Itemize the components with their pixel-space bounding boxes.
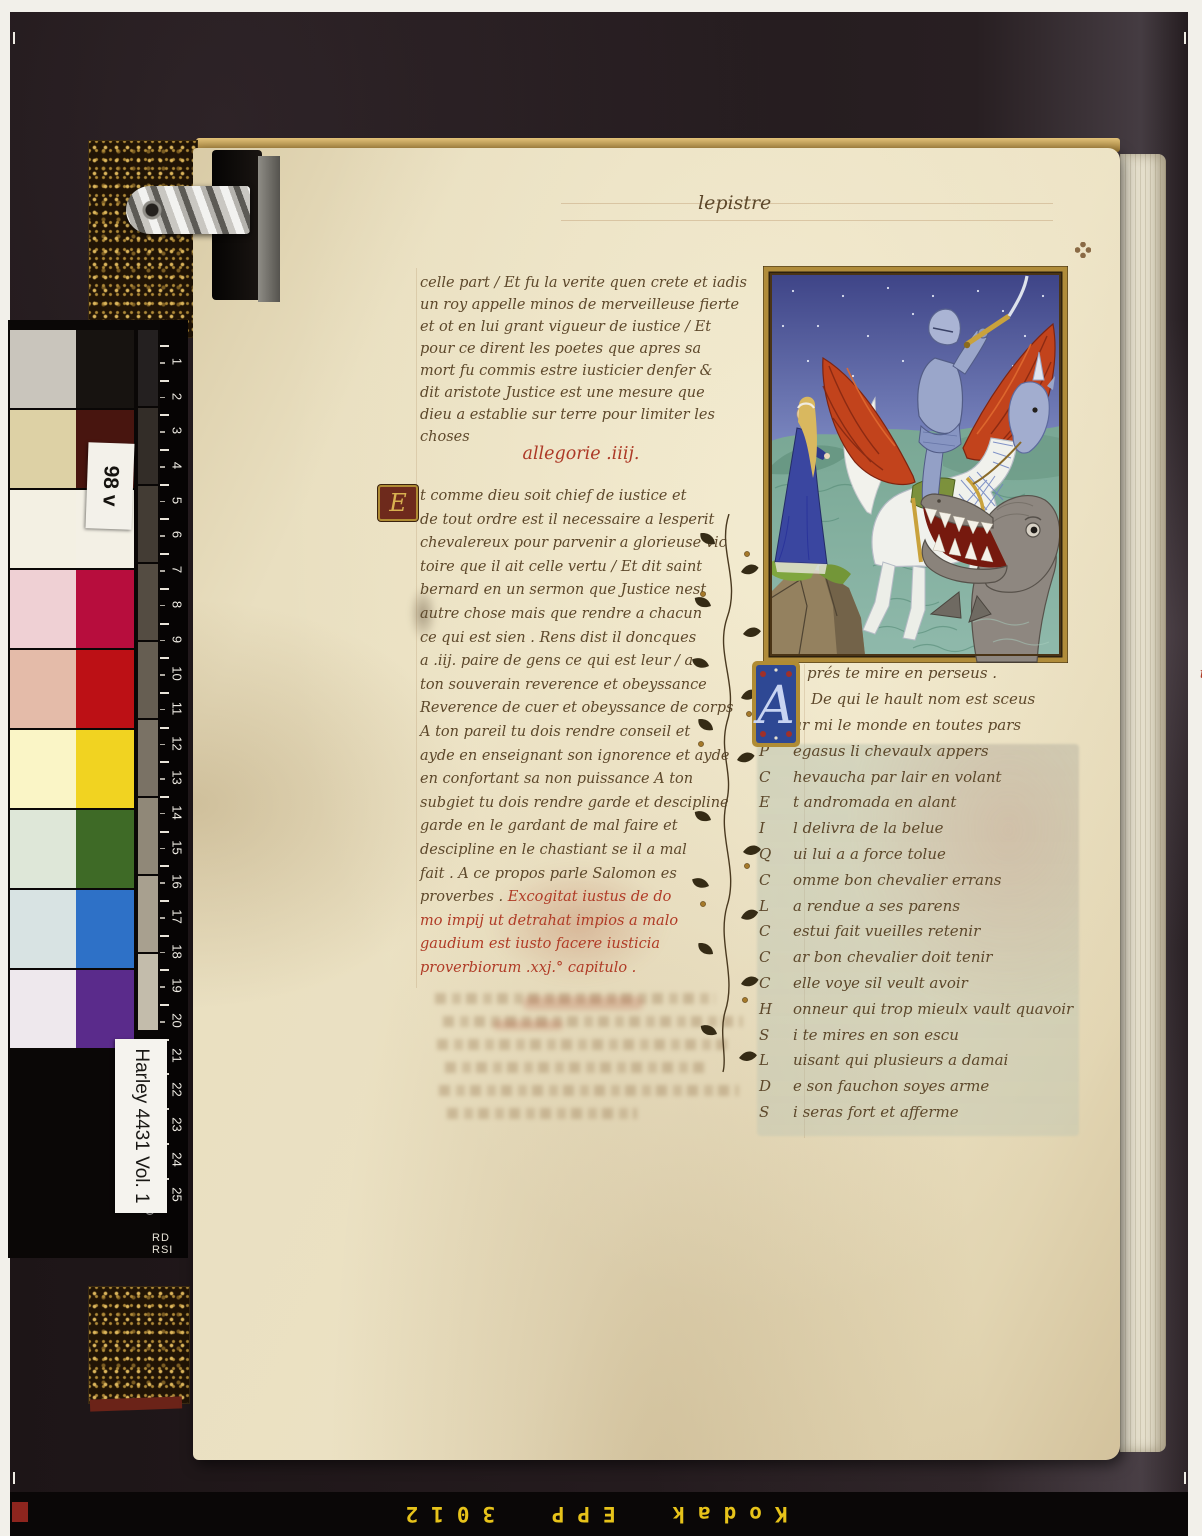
ruler-cell: 13: [160, 762, 188, 797]
color-patch-dark: [76, 970, 134, 1048]
text-line: dit aristote Justice est une mesure que: [420, 382, 742, 404]
initial-letter: A: [753, 676, 795, 736]
verse-line: Luisant qui plusieurs a damai: [759, 1051, 1073, 1077]
verse-line: Comme bon chevalier errans: [759, 871, 1073, 897]
ruler-number: 20: [170, 1012, 185, 1030]
metal-clamp: [126, 186, 250, 234]
color-patch-light: [10, 410, 76, 488]
ruler-number: 5: [170, 491, 185, 509]
ruling-line: [561, 220, 1053, 221]
ruler-number: 14: [170, 803, 185, 821]
text-line: et ot en lui grant vigueur de iustice / …: [420, 316, 742, 338]
grayscale-step: [138, 642, 158, 720]
ruling-line: [561, 203, 1053, 204]
show-through-rubric: [523, 996, 643, 1010]
registration-tick: [13, 1472, 15, 1484]
ruler-cell: 14: [160, 797, 188, 832]
film-edge-mark: [12, 1502, 28, 1522]
vine-leaves: [691, 530, 762, 1063]
grayscale-step: [138, 408, 158, 486]
grayscale-step: [138, 798, 158, 876]
grayscale-step: [138, 486, 158, 564]
color-patch-light: [10, 650, 76, 728]
ruler-cell: 15: [160, 832, 188, 867]
miniature-perseus-and-andromeda: [763, 266, 1068, 663]
color-calibration-bar: 1 2 3 4 5 6 7: [8, 320, 188, 1258]
ruler-number: 1: [170, 353, 185, 371]
color-patch-row: [10, 570, 134, 650]
manuscript-photograph: lepistre celle part / Et fu la verite qu…: [0, 0, 1202, 1536]
text-line: dieu a establie sur terre pour limiter l…: [420, 404, 742, 426]
verse-line: La rendue a ses parens: [759, 897, 1073, 923]
show-through-rubric: [493, 1020, 563, 1030]
color-patch-dark: [76, 650, 134, 728]
color-patches: [10, 330, 134, 1050]
ruler-number: 16: [170, 873, 185, 891]
grayscale-step: [138, 720, 158, 798]
ruler-number: 11: [170, 699, 185, 717]
manuscript-page: lepistre celle part / Et fu la verite qu…: [193, 148, 1120, 1460]
ruler-cell: 19: [160, 970, 188, 1005]
color-patch-row: [10, 730, 134, 810]
show-through-text: [445, 1062, 710, 1073]
ruler-number: 2: [170, 387, 185, 405]
ruler-cell: 10: [160, 658, 188, 693]
color-patch-row: [10, 890, 134, 970]
registration-tick: [13, 32, 15, 44]
page-holder-bar: [258, 156, 280, 302]
gold-tooled-binding-top: [88, 140, 198, 338]
verse-line: Car bon chevalier doit tenir: [759, 948, 1073, 974]
color-patch-light: [10, 810, 76, 888]
color-patch-light: [10, 330, 76, 408]
ruler-number: 9: [170, 630, 185, 648]
color-patch-row: [10, 970, 134, 1050]
ruler-cell: 7: [160, 554, 188, 589]
ruler-number: 3: [170, 422, 185, 440]
ruler-number: 19: [170, 977, 185, 995]
ruler-number: 21: [170, 1046, 185, 1064]
ruler-number: 23: [170, 1116, 185, 1134]
ruler-number: 12: [170, 734, 185, 752]
ruler-cell: 8: [160, 589, 188, 624]
color-patch-light: [10, 730, 76, 808]
rubric-allegorie: allegorie .iiij.: [420, 444, 742, 464]
ruler-footer-text: RD RSI: [152, 1232, 188, 1256]
film-edge-strip: Kodak EPP 3012: [10, 1492, 1188, 1536]
ruler-cell: 20: [160, 1005, 188, 1040]
quatrefoil-mark: [1075, 242, 1091, 258]
film-brand-label: Kodak EPP 3012: [340, 1497, 840, 1531]
ruler-number: 13: [170, 769, 185, 787]
color-patch-row: [10, 650, 134, 730]
ruler-number: 15: [170, 838, 185, 856]
ruler-cell: 9: [160, 624, 188, 659]
verse-line: Il delivra de la belue: [759, 819, 1073, 845]
verse-line: Honneur qui trop mieulx vault quavoir: [759, 1000, 1073, 1026]
ruler-number: 4: [170, 457, 185, 475]
grayscale-wedge: [138, 330, 158, 1032]
ruler-cell: 16: [160, 866, 188, 901]
prose-paragraph-1: celle part / Et fu la verite quen crete …: [420, 272, 742, 448]
ruler-number: 22: [170, 1081, 185, 1099]
ruler-cell: 17: [160, 901, 188, 936]
ruler-cell: 18: [160, 936, 188, 971]
ruler-cell: 5: [160, 485, 188, 520]
shelfmark-label: Harley 4431 Vol. 1: [115, 1039, 167, 1213]
registration-tick: [1184, 1472, 1186, 1484]
registration-tick: [1184, 32, 1186, 44]
ruler-cell: 11: [160, 693, 188, 728]
verse-line: Cestui fait vueilles retenir: [759, 922, 1073, 948]
page-fore-edge: [1120, 154, 1166, 1452]
verse-line: Qui lui a a force tolue: [759, 845, 1073, 871]
cyan-patch-strip: [78, 960, 134, 968]
verse-line: Chevaucha par lair en volant: [759, 768, 1073, 794]
grayscale-step: [138, 564, 158, 642]
color-patch-dark: [76, 890, 134, 968]
ruler-number: 25: [170, 1185, 185, 1203]
color-patch-light: [10, 890, 76, 968]
ruler-number: 6: [170, 526, 185, 544]
ruler-cell: 12: [160, 728, 188, 763]
illuminated-initial-a: A: [751, 660, 801, 748]
ruler-number: 17: [170, 908, 185, 926]
text-line: t comme dieu soit chief de iustice et: [420, 485, 750, 509]
verse-heading: prés te mire en perseus . texte .v.: [807, 664, 1202, 682]
illuminated-initial-e: E: [378, 485, 418, 521]
color-patch-light: [10, 970, 76, 1048]
grayscale-step: [138, 876, 158, 954]
ivy-vine-border: [687, 514, 767, 1074]
color-patch-light: [10, 490, 76, 568]
text-line: celle part / Et fu la verite quen crete …: [420, 272, 742, 294]
verse-heading-text: prés te mire en perseus .: [807, 664, 997, 682]
verse-line: Si te mires en son escu: [759, 1026, 1073, 1052]
grayscale-step: [138, 954, 158, 1032]
folio-number-label: 98 v: [86, 442, 135, 530]
verse-line: Pegasus li chevaulx appers: [759, 742, 1073, 768]
ruler-number: 24: [170, 1150, 185, 1168]
ruler-cell: 2: [160, 381, 188, 416]
text-line: pour ce dirent les poetes que apres sa: [420, 338, 742, 360]
color-patch-dark: [76, 730, 134, 808]
ruler-number: 8: [170, 595, 185, 613]
ruler-number: 7: [170, 561, 185, 579]
verse-line: Si seras fort et afferme: [759, 1103, 1073, 1129]
text-line: un roy appelle minos de merveilleuse fie…: [420, 294, 742, 316]
color-patch-dark: [76, 570, 134, 648]
ruler-cell: 1: [160, 346, 188, 381]
ruler-cell: 3: [160, 415, 188, 450]
vine-gold-dots: [698, 551, 751, 1002]
color-patch-row: [10, 810, 134, 890]
show-through-text: [439, 1085, 739, 1096]
verse-line: Et andromada en alant: [759, 793, 1073, 819]
verse-line: Celle voye sil veult avoir: [759, 974, 1073, 1000]
show-through-text: [447, 1108, 637, 1119]
verse-line: Par mi le monde en toutes pars: [759, 716, 1073, 742]
show-through-text: [437, 1039, 727, 1050]
ruler-number: 10: [170, 665, 185, 683]
ruler-number: 18: [170, 942, 185, 960]
color-patch-light: [10, 570, 76, 648]
color-patch-row: [10, 330, 134, 410]
grayscale-step: [138, 330, 158, 408]
verse-line: De qui le hault nom est sceus: [811, 690, 1035, 708]
ruler-cell: 6: [160, 519, 188, 554]
text-line: mort fu commis estre iusticier denfer &: [420, 360, 742, 382]
verse-line: De son fauchon soyes arme: [759, 1077, 1073, 1103]
color-patch-dark: [76, 330, 134, 408]
color-patch-dark: [76, 810, 134, 888]
running-title: lepistre: [698, 192, 771, 214]
verse-column: Par mi le monde en toutes parsPegasus li…: [759, 716, 1073, 1129]
ruler-cell: 4: [160, 450, 188, 485]
gold-tooled-binding-bottom: [88, 1286, 190, 1404]
